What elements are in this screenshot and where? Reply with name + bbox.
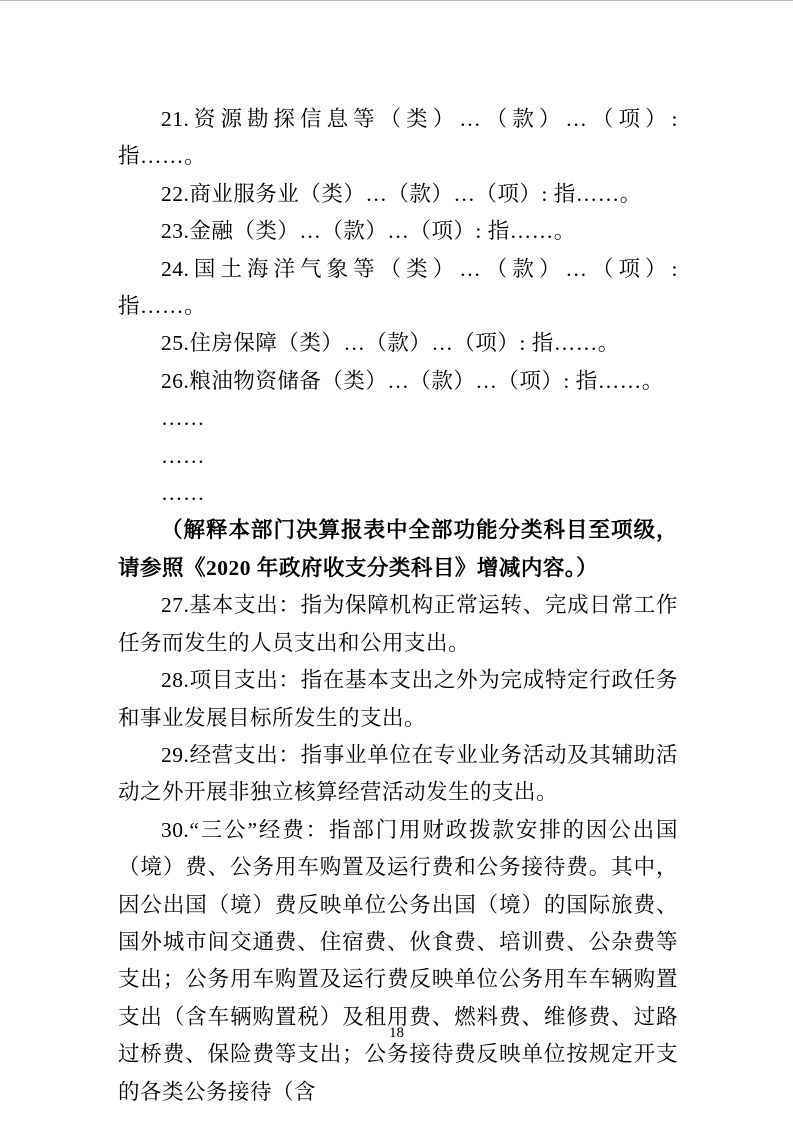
paragraph-8: …… (118, 438, 678, 475)
paragraph-7: …… (118, 400, 678, 437)
paragraph-11: 27.基本支出：指为保障机构正常运转、完成日常工作任务而发生的人员支出和公用支出… (118, 587, 678, 662)
document-page: 21.资源勘探信息等（类）…（款）…（项）: 指……。22.商业服务业（类）…（… (0, 0, 793, 1122)
document-body: 21.资源勘探信息等（类）…（款）…（项）: 指……。22.商业服务业（类）…（… (118, 101, 678, 1111)
paragraph-9: …… (118, 475, 678, 512)
paragraph-12: 28.项目支出：指在基本支出之外为完成特定行政任务和事业发展目标所发生的支出。 (118, 662, 678, 737)
paragraph-3: 23.金融（类）…（款）…（项）: 指……。 (118, 213, 678, 250)
paragraph-4: 24.国土海洋气象等（类）…（款）…（项）: 指……。 (118, 251, 678, 326)
paragraph-1: 21.资源勘探信息等（类）…（款）…（项）: 指……。 (118, 101, 678, 176)
paragraph-5: 25.住房保障（类）…（款）…（项）: 指……。 (118, 325, 678, 362)
paragraph-6: 26.粮油物资储备（类）…（款）…（项）: 指……。 (118, 363, 678, 400)
paragraph-14: 30.“三公”经费：指部门用财政拨款安排的因公出国（境）费、公务用车购置及运行费… (118, 812, 678, 1111)
paragraph-10: （解释本部门决算报表中全部功能分类科目至项级，请参照《2020 年政府收支分类科… (118, 512, 678, 587)
page-number: 18 (0, 1025, 793, 1042)
paragraph-2: 22.商业服务业（类）…（款）…（项）: 指……。 (118, 176, 678, 213)
paragraph-13: 29.经营支出：指事业单位在专业业务活动及其辅助活动之外开展非独立核算经营活动发… (118, 737, 678, 812)
